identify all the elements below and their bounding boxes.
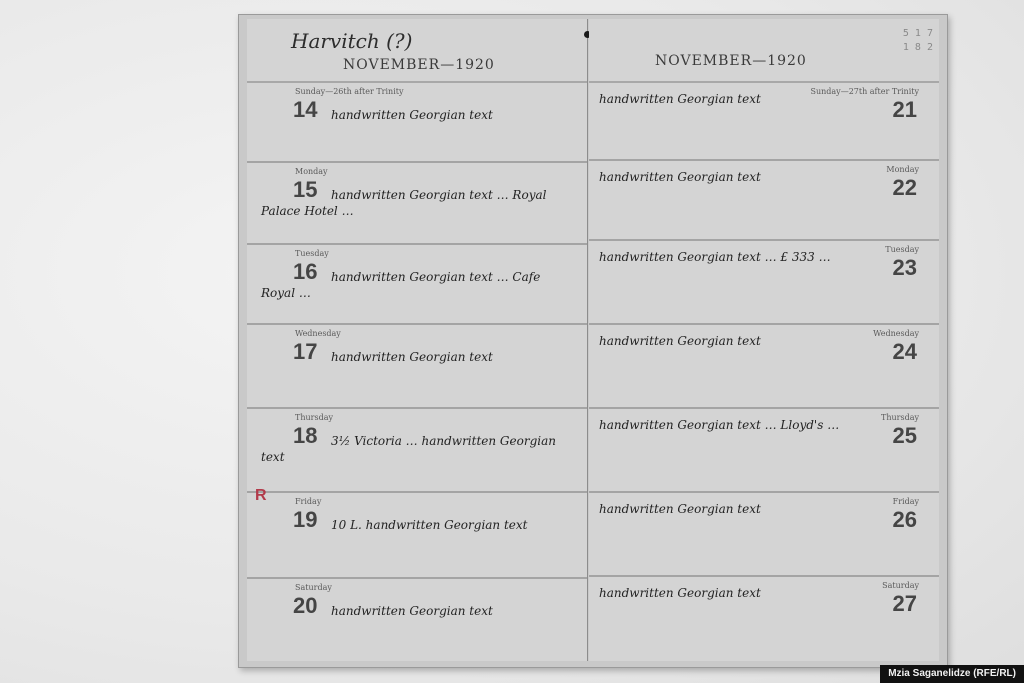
archive-mark: 5 1 7 1 8 2 (903, 27, 933, 55)
day-name: Monday (295, 167, 328, 176)
day-number: 27 (893, 591, 917, 617)
day-number: 25 (893, 423, 917, 449)
day-number: 22 (893, 175, 917, 201)
day-entry-20: Saturday20handwritten Georgian text (247, 577, 587, 663)
day-number: 24 (893, 339, 917, 365)
right-month-title: NOVEMBER—1920 (655, 53, 807, 69)
left-page-header: Harvitch (?) NOVEMBER—1920 (247, 19, 587, 83)
day-entry-27: Saturday27handwritten Georgian text (589, 575, 939, 663)
handwritten-note: handwritten Georgian text (261, 107, 577, 123)
handwritten-note: handwritten Georgian text (261, 349, 577, 365)
day-entry-23: Tuesday23handwritten Georgian text … £ 3… (589, 239, 939, 325)
handwritten-note: 10 L. handwritten Georgian text (261, 517, 577, 533)
day-entry-19: Friday1910 L. handwritten Georgian textR (247, 491, 587, 579)
day-entry-18: Thursday183½ Victoria … handwritten Geor… (247, 407, 587, 493)
day-number: 23 (893, 255, 917, 281)
diary-left-page: Harvitch (?) NOVEMBER—1920 Sunday—26th a… (247, 19, 588, 661)
day-number: 21 (893, 97, 917, 123)
owner-note: Harvitch (?) (291, 29, 412, 53)
day-name: Friday (893, 497, 919, 506)
handwritten-note: handwritten Georgian text … Cafe Royal … (261, 269, 577, 301)
day-name: Saturday (882, 581, 919, 590)
red-r-mark: R (255, 487, 267, 505)
handwritten-note: handwritten Georgian text (599, 169, 869, 185)
handwritten-note: handwritten Georgian text … £ 333 … (599, 249, 869, 265)
handwritten-note: handwritten Georgian text … Royal Palace… (261, 187, 577, 219)
day-entry-15: Monday15handwritten Georgian text … Roya… (247, 161, 587, 245)
day-entry-25: Thursday25handwritten Georgian text … Ll… (589, 407, 939, 493)
day-number: 26 (893, 507, 917, 533)
handwritten-note: 3½ Victoria … handwritten Georgian text (261, 433, 577, 465)
day-entry-24: Wednesday24handwritten Georgian text (589, 323, 939, 409)
handwritten-note: handwritten Georgian text (599, 91, 869, 107)
left-month-title: NOVEMBER—1920 (343, 57, 495, 73)
handwritten-note: handwritten Georgian text (261, 603, 577, 619)
day-entry-17: Wednesday17handwritten Georgian text (247, 323, 587, 409)
day-name: Thursday (881, 413, 919, 422)
day-name: Sunday—26th after Trinity (295, 87, 404, 96)
right-page-header: NOVEMBER—1920 5 1 7 1 8 2 (589, 19, 939, 83)
handwritten-note: handwritten Georgian text (599, 333, 869, 349)
day-name: Friday (295, 497, 321, 506)
day-name: Wednesday (295, 329, 341, 338)
day-entry-22: Monday22handwritten Georgian text (589, 159, 939, 241)
day-name: Saturday (295, 583, 332, 592)
day-name: Thursday (295, 413, 333, 422)
handwritten-note: handwritten Georgian text (599, 501, 869, 517)
diary-right-page: NOVEMBER—1920 5 1 7 1 8 2 Sunday—27th af… (589, 19, 939, 661)
day-name: Tuesday (885, 245, 919, 254)
day-name: Tuesday (295, 249, 329, 258)
day-name: Wednesday (873, 329, 919, 338)
day-entry-21: Sunday—27th after Trinity21handwritten G… (589, 81, 939, 161)
day-entry-26: Friday26handwritten Georgian text (589, 491, 939, 577)
day-entry-16: Tuesday16handwritten Georgian text … Caf… (247, 243, 587, 325)
day-entry-14: Sunday—26th after Trinity14handwritten G… (247, 81, 587, 163)
day-name: Monday (886, 165, 919, 174)
handwritten-note: handwritten Georgian text (599, 585, 869, 601)
diary-spread: Harvitch (?) NOVEMBER—1920 Sunday—26th a… (238, 14, 948, 668)
handwritten-note: handwritten Georgian text … Lloyd's … (599, 417, 869, 433)
photo-credit: Mzia Saganelidze (RFE/RL) (880, 665, 1024, 683)
